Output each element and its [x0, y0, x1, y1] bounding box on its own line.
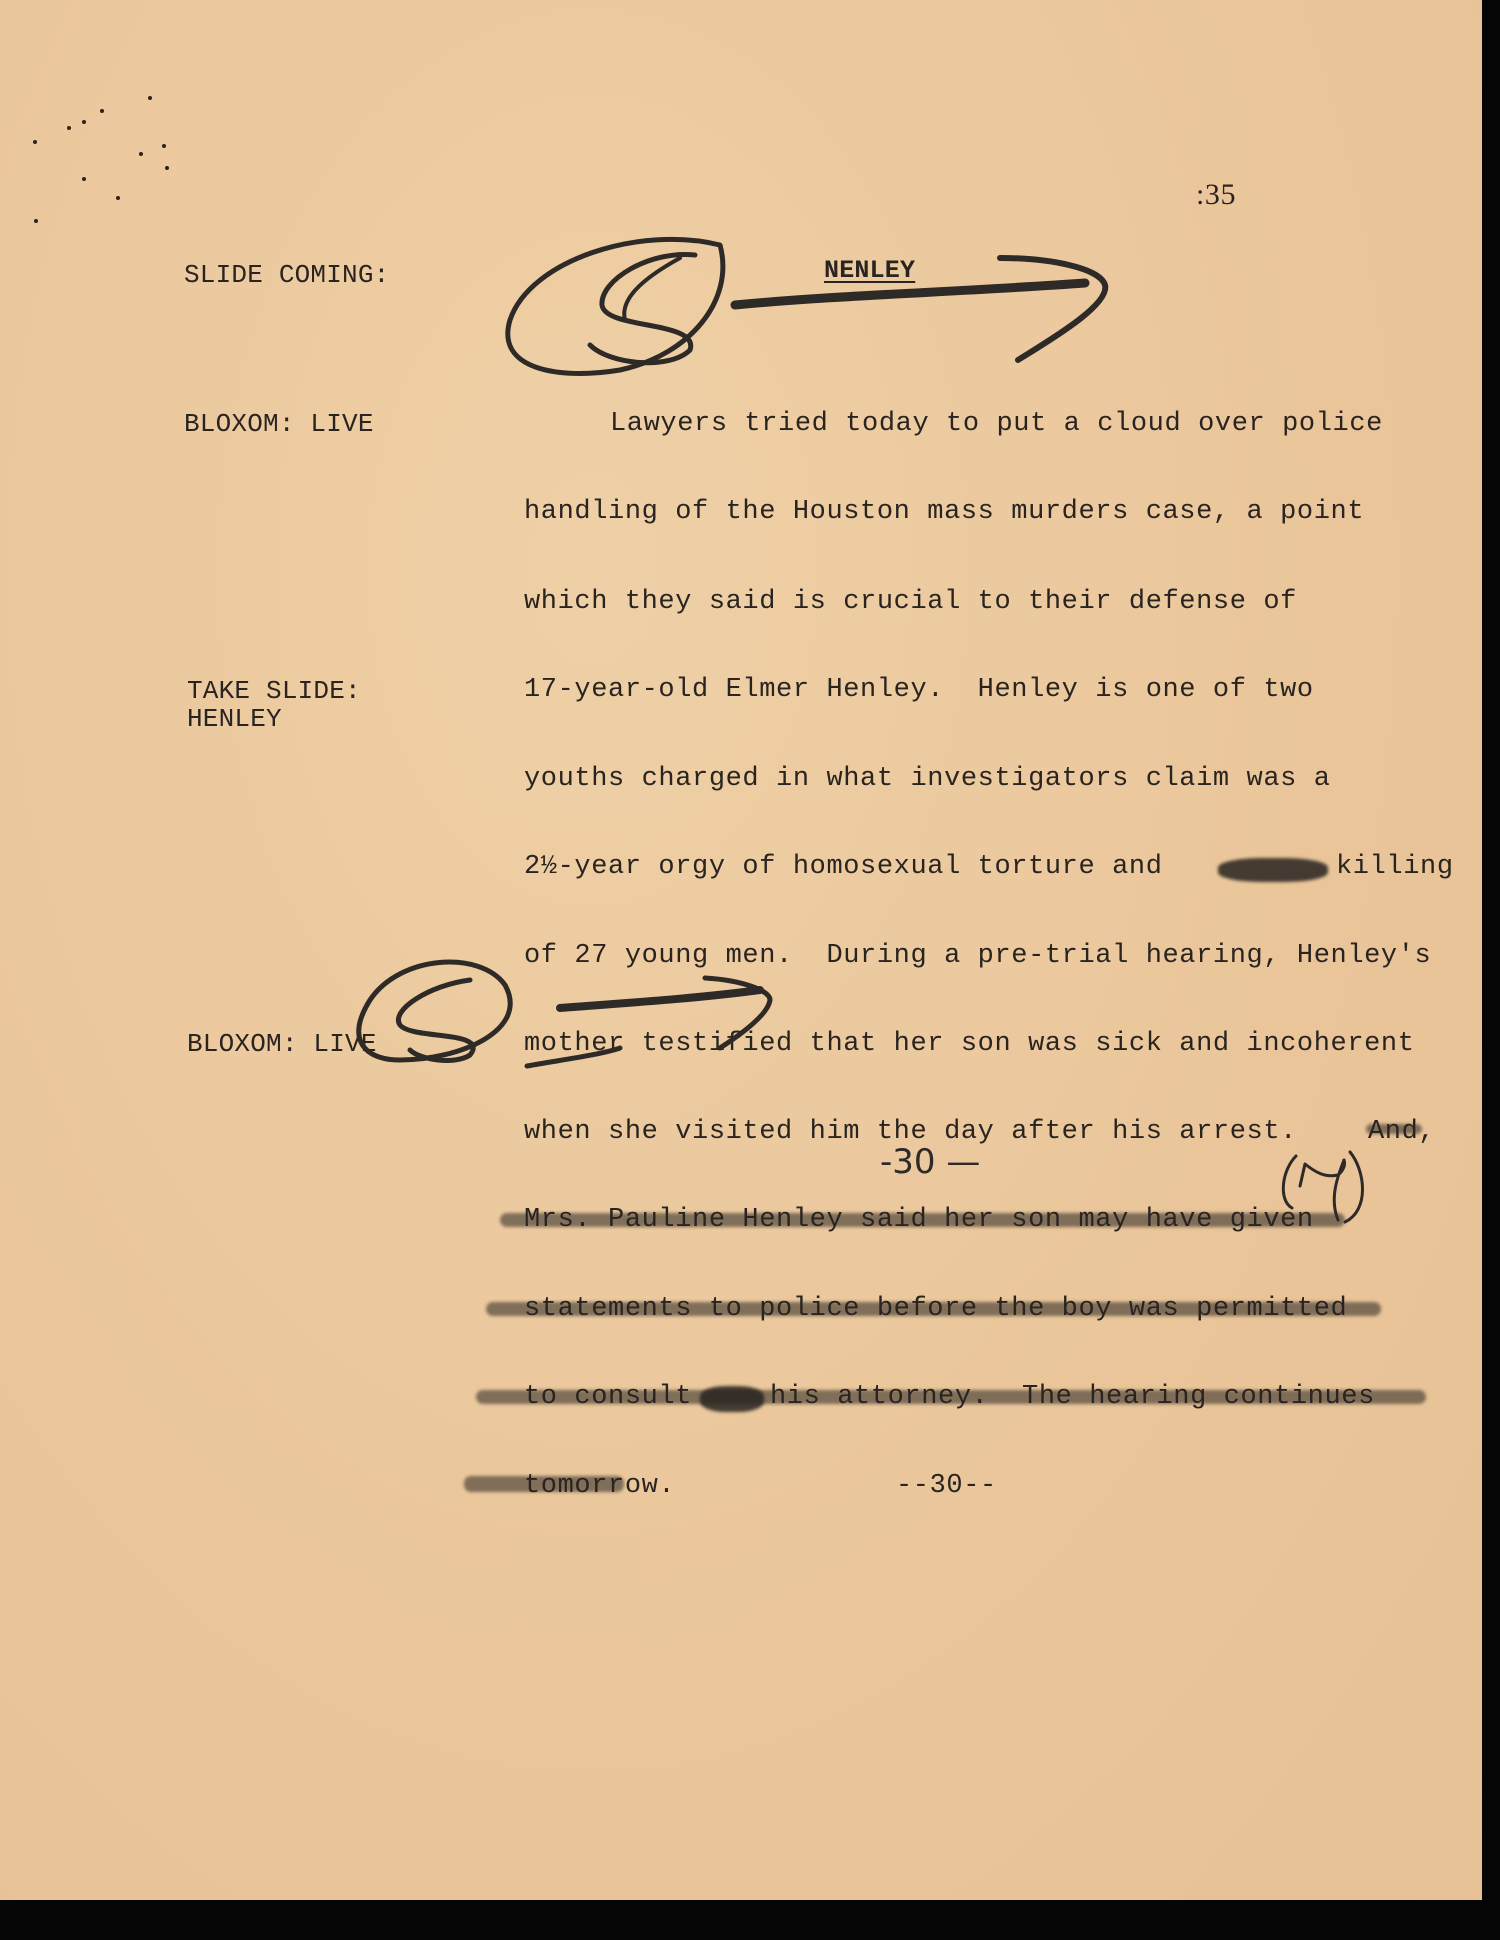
- circled-c-icon: [508, 239, 723, 373]
- pencil-marks: [0, 0, 1482, 1900]
- arrow-right-icon: [560, 978, 770, 1048]
- circled-c-icon: [359, 962, 510, 1060]
- script-page: :35 SLIDE COMING: NENLEY BLOXOM: LIVE TA…: [0, 0, 1482, 1900]
- pencil-underline: [527, 1048, 620, 1066]
- initial-m-mark: [1283, 1152, 1362, 1222]
- arrow-right-icon: [735, 258, 1105, 360]
